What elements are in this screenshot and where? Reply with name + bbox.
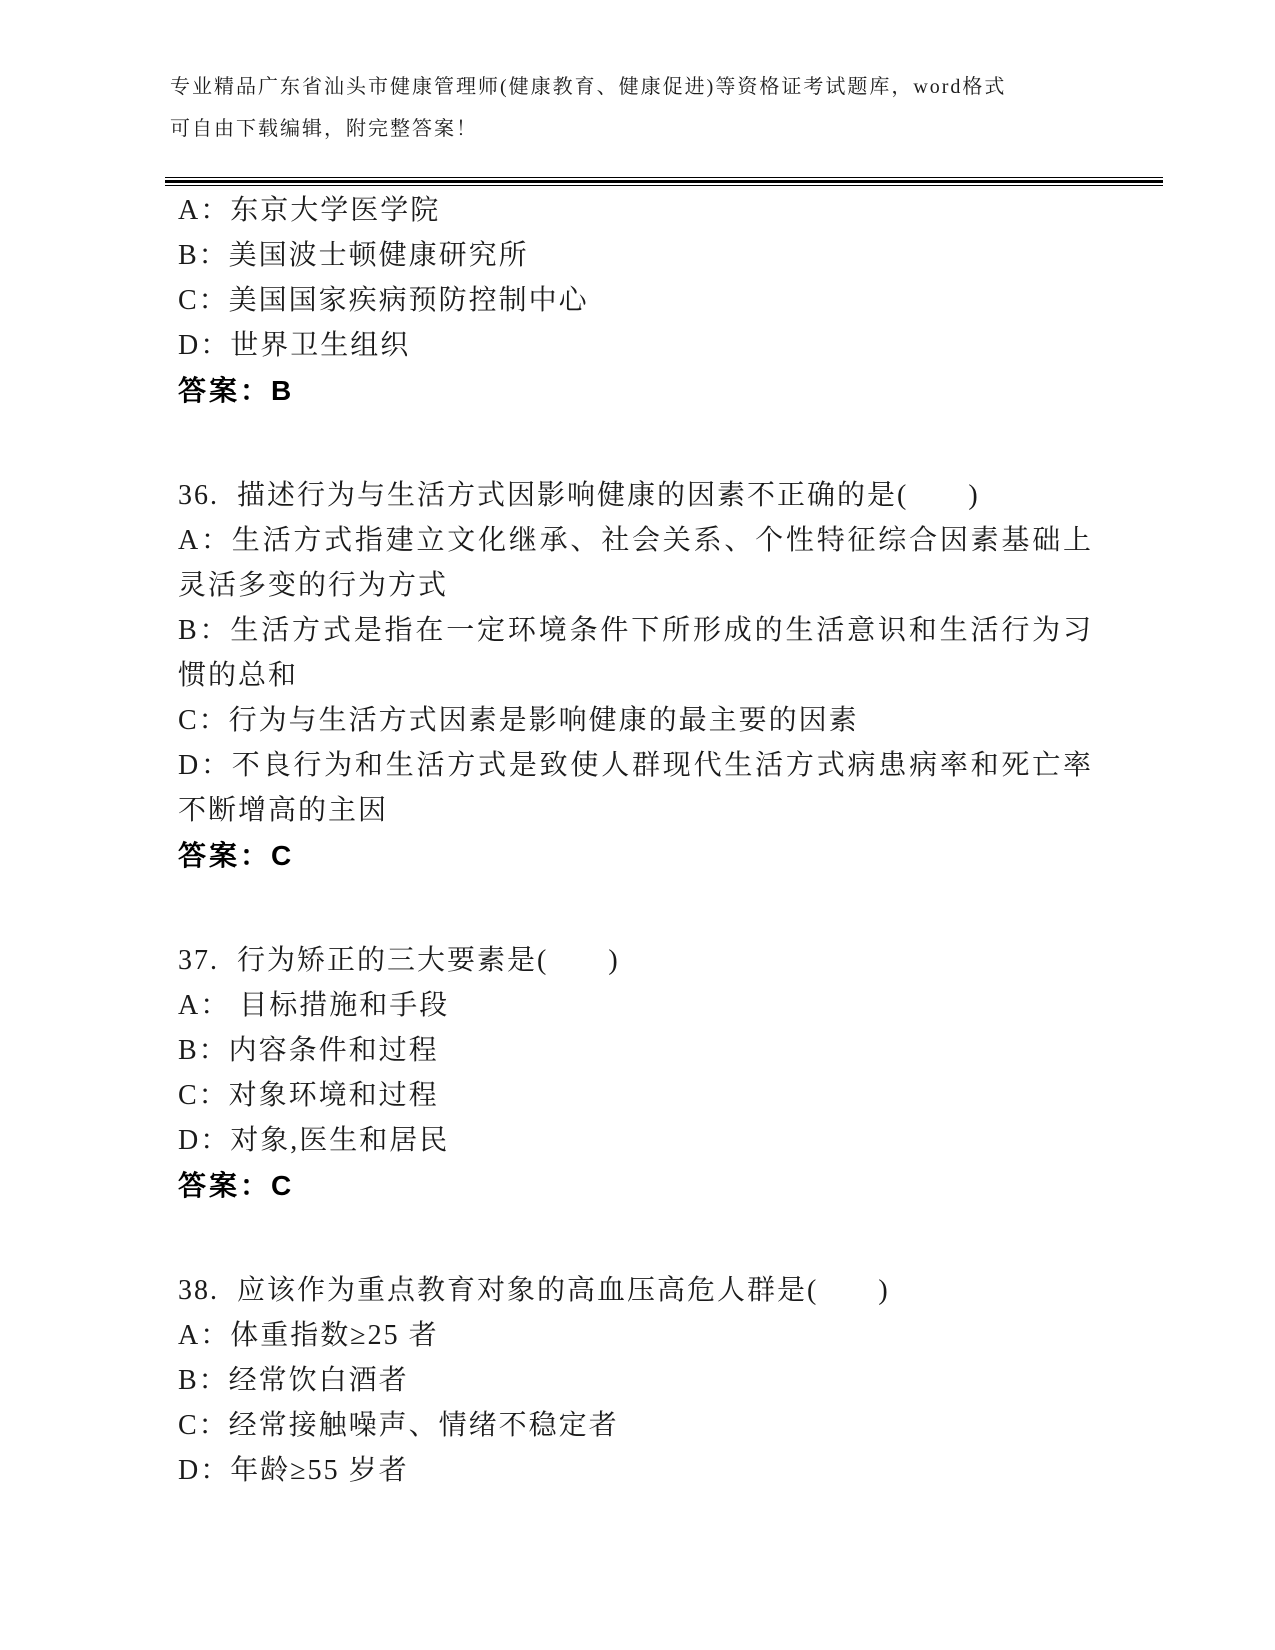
answer-option: A：东京大学医学院 (178, 188, 1093, 233)
questions-area: A：东京大学医学院B：美国波士顿健康研究所C：美国国家疾病预防控制中心D：世界卫… (178, 188, 1093, 1493)
answer-option: C：美国国家疾病预防控制中心 (178, 278, 1093, 323)
answer-line: 答案：B (178, 368, 1093, 413)
answer-option: B：生活方式是指在一定环境条件下所形成的生活意识和生活行为习惯的总和 (178, 608, 1093, 698)
answer-line: 答案：C (178, 833, 1093, 878)
question-block: 36. 描述行为与生活方式因影响健康的因素不正确的是( ) A：生活方式指建立文… (178, 473, 1093, 878)
question-block: A：东京大学医学院B：美国波士顿健康研究所C：美国国家疾病预防控制中心D：世界卫… (178, 188, 1093, 413)
question-options: A： 目标措施和手段B：内容条件和过程C：对象环境和过程D：对象,医生和居民 (178, 983, 1093, 1163)
answer-option: B：内容条件和过程 (178, 1028, 1093, 1073)
answer-option: D：年龄≥55 岁者 (178, 1448, 1093, 1493)
question-block: 38. 应该作为重点教育对象的高血压高危人群是( ) A：体重指数≥25 者B：… (178, 1268, 1093, 1493)
question-options: A：体重指数≥25 者B：经常饮白酒者C：经常接触噪声、情绪不稳定者D：年龄≥5… (178, 1313, 1093, 1493)
question-options: A：生活方式指建立文化继承、社会关系、个性特征综合因素基础上灵活多变的行为方式B… (178, 518, 1093, 833)
answer-option: D：世界卫生组织 (178, 323, 1093, 368)
question-block: 37. 行为矫正的三大要素是( ) A： 目标措施和手段B：内容条件和过程C：对… (178, 938, 1093, 1208)
answer-option: A：生活方式指建立文化继承、社会关系、个性特征综合因素基础上灵活多变的行为方式 (178, 518, 1093, 608)
answer-option: C：经常接触噪声、情绪不稳定者 (178, 1403, 1093, 1448)
answer-option: B：美国波士顿健康研究所 (178, 233, 1093, 278)
document-page: 专业精品广东省汕头市健康管理师(健康教育、健康促进)等资格证考试题库，word格… (0, 0, 1275, 1650)
answer-line: 答案：C (178, 1163, 1093, 1208)
header-divider-rule (165, 177, 1163, 186)
question-stem: 36. 描述行为与生活方式因影响健康的因素不正确的是( ) (178, 473, 1093, 518)
answer-option: B：经常饮白酒者 (178, 1358, 1093, 1403)
answer-option: C：行为与生活方式因素是影响健康的最主要的因素 (178, 698, 1093, 743)
question-stem: 37. 行为矫正的三大要素是( ) (178, 938, 1093, 983)
question-options: A：东京大学医学院B：美国波士顿健康研究所C：美国国家疾病预防控制中心D：世界卫… (178, 188, 1093, 368)
page-header-note: 专业精品广东省汕头市健康管理师(健康教育、健康促进)等资格证考试题库，word格… (170, 66, 1008, 150)
answer-option: D：对象,医生和居民 (178, 1118, 1093, 1163)
question-stem: 38. 应该作为重点教育对象的高血压高危人群是( ) (178, 1268, 1093, 1313)
answer-option: A：体重指数≥25 者 (178, 1313, 1093, 1358)
answer-option: C：对象环境和过程 (178, 1073, 1093, 1118)
answer-option: D：不良行为和生活方式是致使人群现代生活方式病患病率和死亡率不断增高的主因 (178, 743, 1093, 833)
answer-option: A： 目标措施和手段 (178, 983, 1093, 1028)
